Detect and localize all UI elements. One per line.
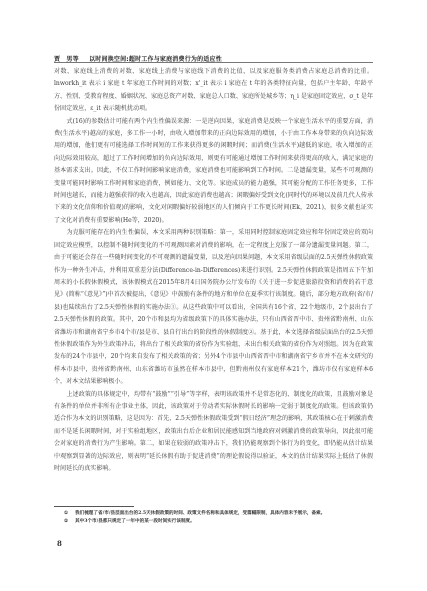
page-number: 8 — [57, 539, 62, 548]
header-rule — [54, 62, 373, 63]
footnote-1: ①我们梳理了省/市/县层面出台的2.5天休假政策的时间、政策文件名称和具体规定，… — [64, 510, 373, 518]
paper-page: 贾 男等 以时间换空间:超时工作与家庭消费行为的适应性 对数、家庭线上消费的对数… — [0, 0, 427, 591]
footnote-mark: ① — [64, 510, 75, 518]
paragraph-2: 式(16)的参数估计可能有两个内生性偏误来源：一是逆向因果，家庭消费是反映一个家… — [54, 116, 373, 228]
footnote-rule — [54, 506, 134, 507]
paragraph-4: 上述政策的具体规定中，均带有“鼓励”“引导”等字样，表明该政策并不是常态化的、制… — [54, 389, 373, 476]
footnote-text: 我们梳理了省/市/县层面出台的2.5天休假政策的时间、政策文件名称和具体规定，受… — [75, 511, 325, 516]
paragraph-3: 为克服可能存在的内生性偏误，本文采用两种识别策略：第一，采用同时控制家庭固定效应… — [54, 227, 373, 388]
paragraph-1: 对数、家庭线上消费的对数、家庭线上消费与家庭线下消费的比值，以及家庭服务类消费占… — [54, 66, 373, 116]
footnote-mark: ② — [64, 518, 75, 526]
footnote-2: ②其中3个市/县都只规定了一年中的某一段时间实行该制度。 — [64, 518, 373, 526]
footnotes: ①我们梳理了省/市/县层面出台的2.5天休假政策的时间、政策文件名称和具体规定，… — [64, 510, 373, 527]
footnote-text: 其中3个市/县都只规定了一年中的某一段时间实行该制度。 — [75, 519, 195, 524]
body-text: 对数、家庭线上消费的对数、家庭线上消费与家庭线下消费的比值，以及家庭服务类消费占… — [54, 66, 373, 475]
